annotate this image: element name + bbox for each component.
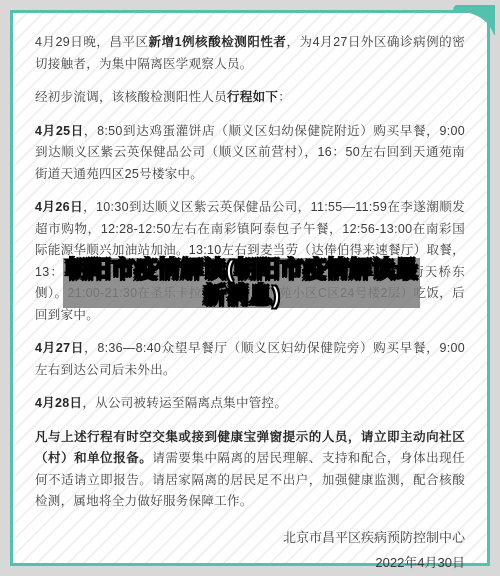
watermark-title-text: 朝阳市疫情解读(朝阳市疫情解读最新消息) [56, 256, 428, 308]
itinerary-apr25-paragraph: 4月25日，8:50到达鸡蛋灌饼店（顺义区妇幼保健院附近）购买早餐，9:00到达… [35, 121, 465, 186]
itinerary-apr25-date: 4月25日 [35, 124, 84, 138]
advisory-paragraph: 凡与上述行程有时空交集或接到健康宝弹窗提示的人员，请立即主动向社区（村）和单位报… [35, 427, 465, 513]
folded-corner-icon [453, 5, 495, 35]
intro-paragraph: 4月29日晚，昌平区新增1例核酸检测阳性者，为4月27日外区确诊病例的密切接触者… [35, 32, 465, 75]
itinerary-apr26-date: 4月26日 [35, 200, 83, 214]
itinerary-apr25-text: ，8:50到达鸡蛋灌饼店（顺义区妇幼保健院附近）购买早餐，9:00到达顺义区紫云… [35, 124, 465, 181]
intro-text-bold: 新增1例核酸检测阳性者 [149, 35, 287, 49]
issuer-name: 北京市昌平区疾病预防控制中心 [35, 525, 465, 550]
itinerary-apr28-text: ，从公司被转运至隔离点集中管控。 [82, 396, 287, 410]
signature-block: 北京市昌平区疾病预防控制中心 2022年4月30日 [35, 525, 465, 575]
intro-text-pre: 4月29日晚，昌平区 [35, 35, 149, 49]
issue-date: 2022年4月30日 [35, 550, 465, 575]
lead-text-post: ： [278, 90, 291, 104]
lead-text-pre: 经初步流调，该核酸检测阳性人员 [35, 90, 227, 104]
itinerary-apr28-paragraph: 4月28日，从公司被转运至隔离点集中管控。 [35, 393, 465, 415]
itinerary-apr27-date: 4月27日 [35, 341, 84, 355]
itinerary-apr27-text: ，8:36—8:40众望早餐厅（顺义区妇幼保健院旁）购买早餐，9:00左右到达公… [35, 341, 465, 377]
lead-text-bold: 行程如下 [227, 90, 278, 104]
itinerary-apr27-paragraph: 4月27日，8:36—8:40众望早餐厅（顺义区妇幼保健院旁）购买早餐，9:00… [35, 338, 465, 381]
watermark-title-overlay: 朝阳市疫情解读(朝阳市疫情解读最新消息) [63, 258, 420, 308]
lead-paragraph: 经初步流调，该核酸检测阳性人员行程如下： [35, 87, 465, 109]
itinerary-apr28-date: 4月28日 [35, 396, 82, 410]
page-background: { "document": { "overlay": { "title": "朝… [0, 0, 500, 576]
